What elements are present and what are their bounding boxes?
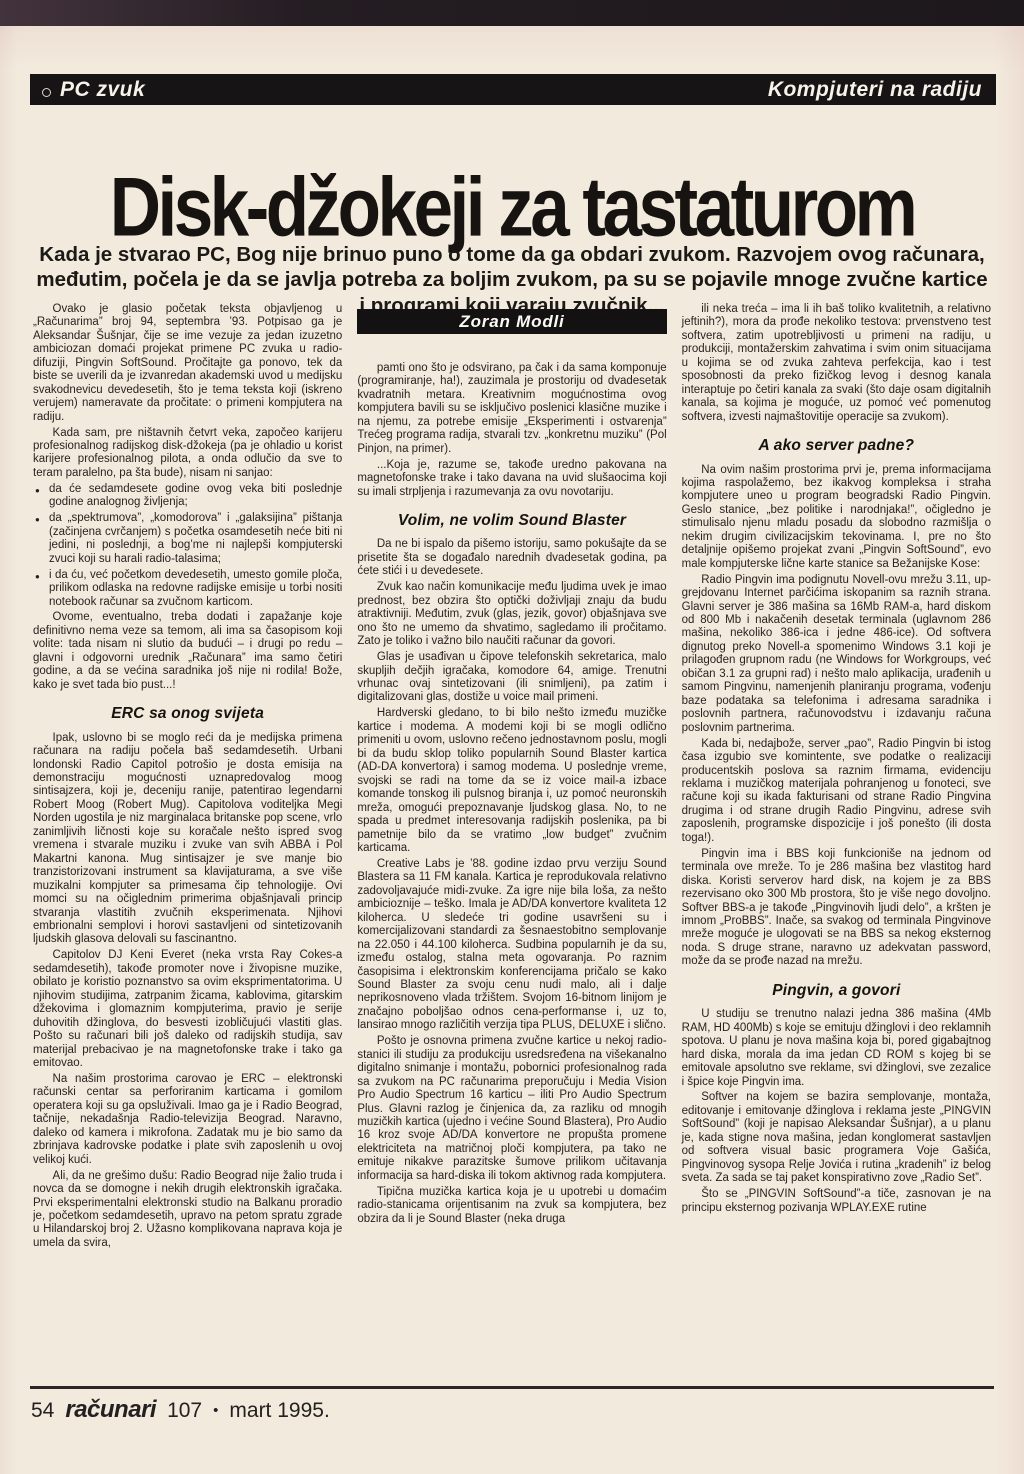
body-paragraph: Ali, da ne grešimo dušu: Radio Beograd n… [33,1170,342,1251]
body-paragraph: Da ne bi ispalo da pišemo istoriju, samo… [357,538,666,578]
section-heading: ERC sa onog svijeta [33,707,342,720]
body-paragraph: U studiju se trenutno nalazi jedna 386 m… [682,1008,991,1089]
bullet-dot-icon [42,88,51,97]
article-title: Disk-džokeji za tastaturom [30,166,994,250]
page-number: 54 [31,1399,54,1423]
issue-date: mart 1995. [229,1399,329,1423]
bullet-item: da će sedamdesete godine ovog veka biti … [33,483,342,510]
body-paragraph: Na ovim našim prostorima prvi je, prema … [682,464,991,572]
column-1: Ovako je glasio početak teksta objavljen… [33,303,342,1369]
body-paragraph: Hardverski gledano, to bi bilo nešto izm… [357,707,666,855]
body-paragraph: Pingvin ima i BBS koji funkcioniše na je… [682,848,991,969]
body-paragraph: ...Koja je, razume se, takođe uredno pak… [357,459,666,499]
body-paragraph: Capitolov DJ Keni Everet (neka vrsta Ray… [33,949,342,1070]
article-body: Ovako je glasio početak teksta objavljen… [33,303,991,1369]
magazine-name: računari [65,1396,156,1424]
footer-separator-dot: • [213,1402,218,1419]
magazine-page: PC zvuk Kompjuteri na radiju Disk-džokej… [0,0,1024,1474]
body-paragraph: Zvuk kao način komunikacije među ljudima… [357,581,666,648]
kicker-left-label: PC zvuk [30,78,145,102]
body-paragraph: Pošto je osnovna primena zvučne kartice … [357,1035,666,1183]
body-paragraph: Ovome, eventualno, treba dodati i zapaža… [33,611,342,692]
body-paragraph: Ovako je glasio početak teksta objavljen… [33,303,342,424]
section-heading: A ako server padne? [682,439,991,452]
column-3: ili neka treća – ima li ih baš toliko kv… [682,303,991,1369]
section-heading: Pingvin, a govori [682,984,991,997]
page-footer: 54 računari 107 • mart 1995. [31,1396,330,1424]
body-paragraph: Glas je usađivan u čipove telefonskih se… [357,651,666,705]
column-2: Zoran Modli pamti ono što je odsvirano, … [357,303,666,1369]
scan-edge [0,0,1024,26]
body-paragraph: Radio Pingvin ima podignutu Novell-ovu m… [682,574,991,735]
bullet-item: da „spektrumova”, „komodorova” i „galaks… [33,512,342,566]
kicker-left-text: PC zvuk [60,78,145,101]
body-paragraph: Kada bi, nedajbože, server „pao”, Radio … [682,738,991,846]
body-paragraph: Što se „PINGVIN SoftSound”-a tiče, zasno… [682,1188,991,1215]
body-paragraph: Creative Labs je ’88. godine izdao prvu … [357,858,666,1033]
body-paragraph: Tipična muzička kartica koja je u upotre… [357,1186,666,1226]
body-paragraph: Softver na kojem se bazira semplovanje, … [682,1091,991,1185]
section-kicker-bar: PC zvuk Kompjuteri na radiju [30,74,996,105]
body-paragraph: Kada sam, pre ništavnih četvrt veka, zap… [33,427,342,481]
author-byline-bar: Zoran Modli [357,309,666,334]
kicker-right-label: Kompjuteri na radiju [768,78,996,102]
body-paragraph: Na našim prostorima carovao je ERC – ele… [33,1073,342,1167]
body-paragraph: ili neka treća – ima li ih baš toliko kv… [682,303,991,424]
body-paragraph: Ipak, uslovno bi se moglo reći da je med… [33,732,342,947]
footer-divider [30,1386,994,1389]
body-paragraph: pamti ono što je odsvirano, pa čak i da … [357,362,666,456]
issue-number: 107 [167,1399,202,1423]
section-heading: Volim, ne volim Sound Blaster [357,514,666,527]
bullet-item: i da ću, već početkom devedesetih, umest… [33,569,342,609]
